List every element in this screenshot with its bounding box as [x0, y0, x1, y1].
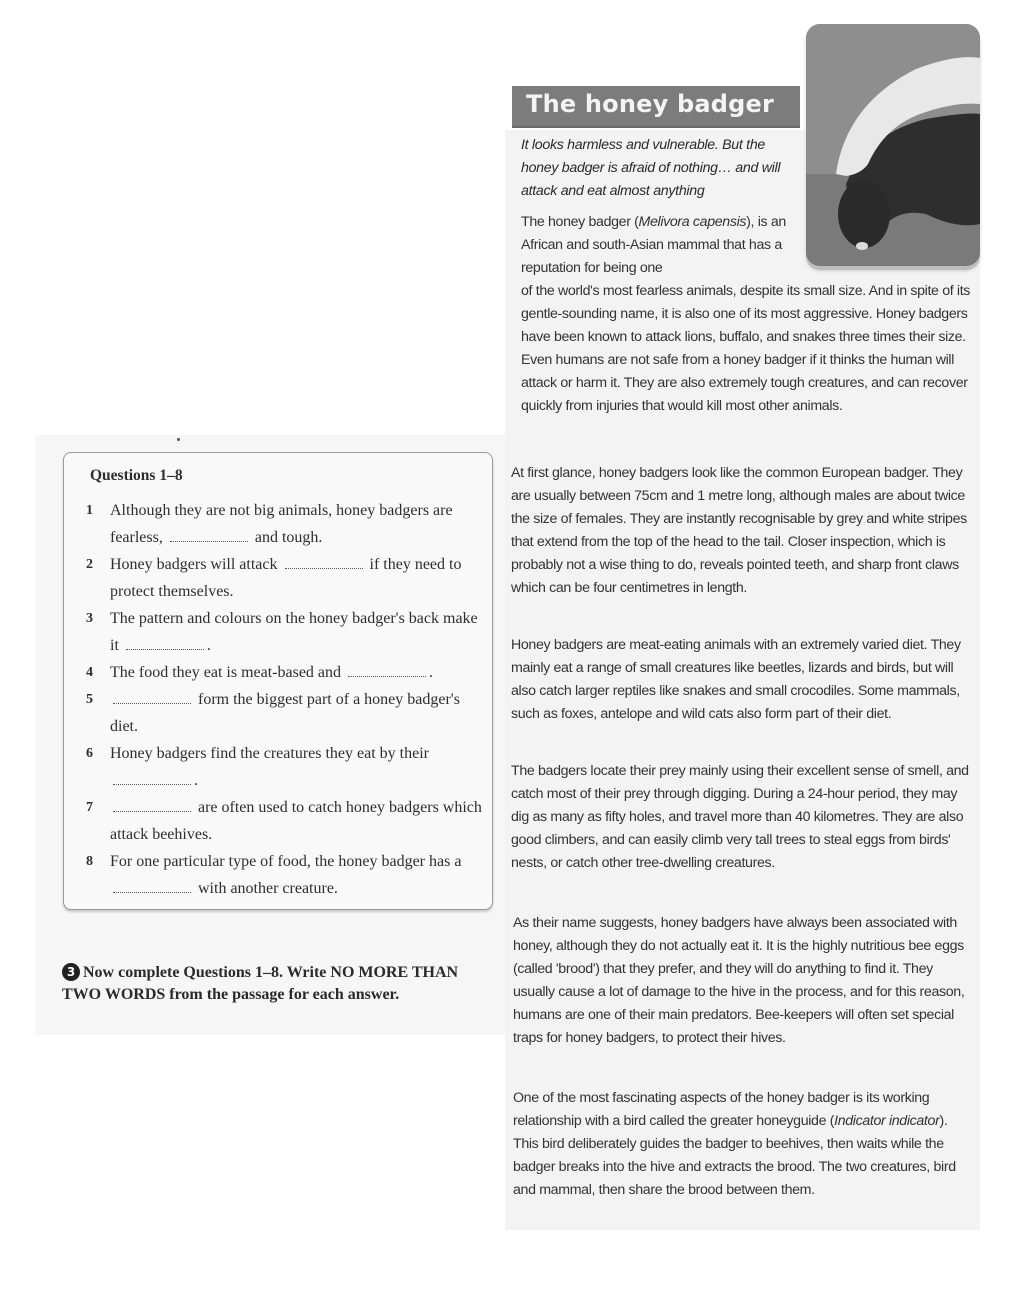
paragraph-1-continued: of the world's most fearless animals, de…: [521, 280, 971, 418]
question-number: 7: [86, 794, 110, 848]
answer-blank[interactable]: [170, 527, 248, 542]
paragraph-3: Honey badgers are meat-eating animals wi…: [511, 634, 971, 726]
question-text: Honey badgers will attack: [110, 556, 278, 573]
paragraph-6: One of the most fascinating aspects of t…: [513, 1087, 973, 1202]
question-text: with another creature.: [198, 880, 338, 897]
question-item: 5 form the biggest part of a honey badge…: [86, 686, 486, 740]
honey-badger-photo: [806, 24, 980, 266]
question-text: For one particular type of food, the hon…: [110, 853, 461, 870]
paragraph-1-intro: The honey badger (Melivora capensis), is…: [521, 211, 791, 280]
paragraph-4: The badgers locate their prey mainly usi…: [511, 760, 971, 875]
instruction-text: Now complete Questions 1–8. Write NO MOR…: [62, 964, 458, 1003]
question-number: 3: [86, 605, 110, 659]
text-run: The honey badger (: [521, 214, 639, 230]
questions-heading: Questions 1–8: [90, 467, 183, 485]
answer-blank[interactable]: [113, 797, 191, 812]
answer-blank[interactable]: [285, 554, 363, 569]
question-number: 6: [86, 740, 110, 794]
answer-blank[interactable]: [113, 689, 191, 704]
question-number: 4: [86, 659, 110, 686]
question-item: 6 Honey badgers find the creatures they …: [86, 740, 486, 794]
question-number: 5: [86, 686, 110, 740]
question-text: Honey badgers find the creatures they ea…: [110, 745, 429, 762]
question-item: 4 The food they eat is meat-based and .: [86, 659, 486, 686]
article-title-bar: The honey badger: [512, 86, 800, 128]
question-text: The food they eat is meat-based and: [110, 664, 341, 681]
badger-image-icon: [806, 24, 980, 266]
question-text: .: [429, 664, 433, 681]
question-item: 2 Honey badgers will attack if they need…: [86, 551, 486, 605]
question-text: .: [207, 637, 211, 654]
species-name: Melivora capensis: [639, 214, 747, 230]
answer-blank[interactable]: [113, 770, 191, 785]
question-item: 1 Although they are not big animals, hon…: [86, 497, 486, 551]
question-text: .: [194, 772, 198, 789]
question-text: and tough.: [255, 529, 323, 546]
article-standfirst: It looks harmless and vulnerable. But th…: [521, 134, 801, 203]
article-title: The honey badger: [512, 86, 800, 118]
answer-blank[interactable]: [113, 878, 191, 893]
species-name: Indicator indicator: [834, 1113, 939, 1129]
paragraph-2: At first glance, honey badgers look like…: [511, 462, 971, 600]
scan-speck: [177, 438, 180, 441]
question-number: 1: [86, 497, 110, 551]
questions-box: Questions 1–8 1 Although they are not bi…: [63, 452, 493, 910]
step-number-badge: 3: [62, 963, 80, 981]
question-item: 7 are often used to catch honey badgers …: [86, 794, 486, 848]
answer-blank[interactable]: [126, 635, 204, 650]
question-item: 8 For one particular type of food, the h…: [86, 848, 486, 902]
paragraph-5: As their name suggests, honey badgers ha…: [513, 912, 973, 1050]
question-number: 2: [86, 551, 110, 605]
answer-blank[interactable]: [348, 662, 426, 677]
question-number: 8: [86, 848, 110, 902]
questions-list: 1 Although they are not big animals, hon…: [86, 497, 486, 902]
question-item: 3 The pattern and colours on the honey b…: [86, 605, 486, 659]
task-instruction: 3Now complete Questions 1–8. Write NO MO…: [62, 962, 482, 1006]
